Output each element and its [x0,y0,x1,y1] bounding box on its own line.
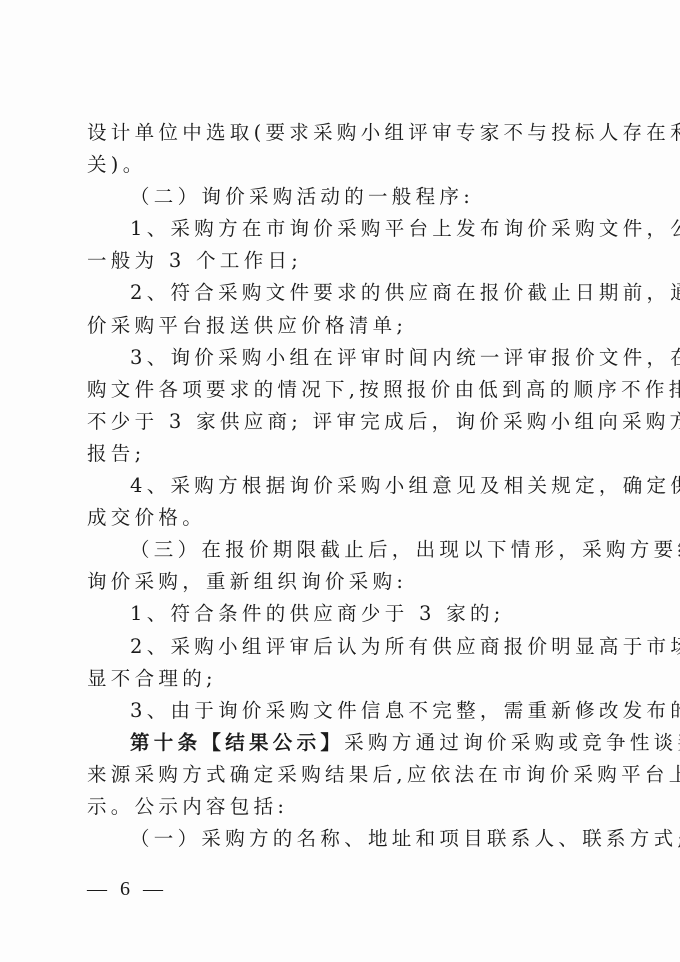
text-line: 3、询价采购小组在评审时间内统一评审报价文件，在满足采 [87,342,602,374]
text-line: 4、采购方根据询价采购小组意见及相关规定，确定供应商及 [87,470,602,502]
text-line: 2、采购小组评审后认为所有供应商报价明显高于市场价或明 [87,631,602,663]
text-line: 1、符合条件的供应商少于 3 家的; [87,598,602,630]
text-line: 示。公示内容包括: [87,791,602,823]
article-10-text: 采购方通过询价采购或竞争性谈判或单一 [344,731,680,754]
text-line: 询价采购，重新组织询价采购: [87,566,602,598]
list-item: （一）采购方的名称、地址和项目联系人、联系方式; [87,823,602,855]
text-line: 购文件各项要求的情况下,按照报价由低到高的顺序不作排名推荐 [87,374,602,406]
document-page: 设计单位中选取(要求采购小组评审专家不与投标人存在利益相 关)。 （二）询价采购… [87,117,602,855]
article-10-heading: 第十条 [130,731,201,754]
text-line: 1、采购方在市询价采购平台上发布询价采购文件，公告时间 [87,213,602,245]
text-line: 设计单位中选取(要求采购小组评审专家不与投标人存在利益相 [87,117,602,149]
text-line: 3、由于询价采购文件信息不完整，需重新修改发布的。 [87,695,602,727]
section-heading-3: （三）在报价期限截止后，出现以下情形，采购方要终止本次 [87,534,602,566]
section-heading-2: （二）询价采购活动的一般程序: [87,181,602,213]
text-line: 价采购平台报送供应价格清单; [87,310,602,342]
article-10-first-line: 第十条【结果公示】采购方通过询价采购或竞争性谈判或单一 [87,727,602,759]
text-line: 来源采购方式确定采购结果后,应依法在市询价采购平台上进行公 [87,759,602,791]
text-line: 一般为 3 个工作日; [87,245,602,277]
text-line: 2、符合采购文件要求的供应商在报价截止日期前，通过市询 [87,277,602,309]
text-line: 不少于 3 家供应商; 评审完成后，询价采购小组向采购方提交评审 [87,406,602,438]
text-line: 显不合理的; [87,663,602,695]
article-10-title: 【结果公示】 [201,731,344,754]
page-number: — 6 — [87,878,167,901]
text-line: 报告; [87,438,602,470]
text-line: 成交价格。 [87,502,602,534]
text-line: 关)。 [87,149,602,181]
